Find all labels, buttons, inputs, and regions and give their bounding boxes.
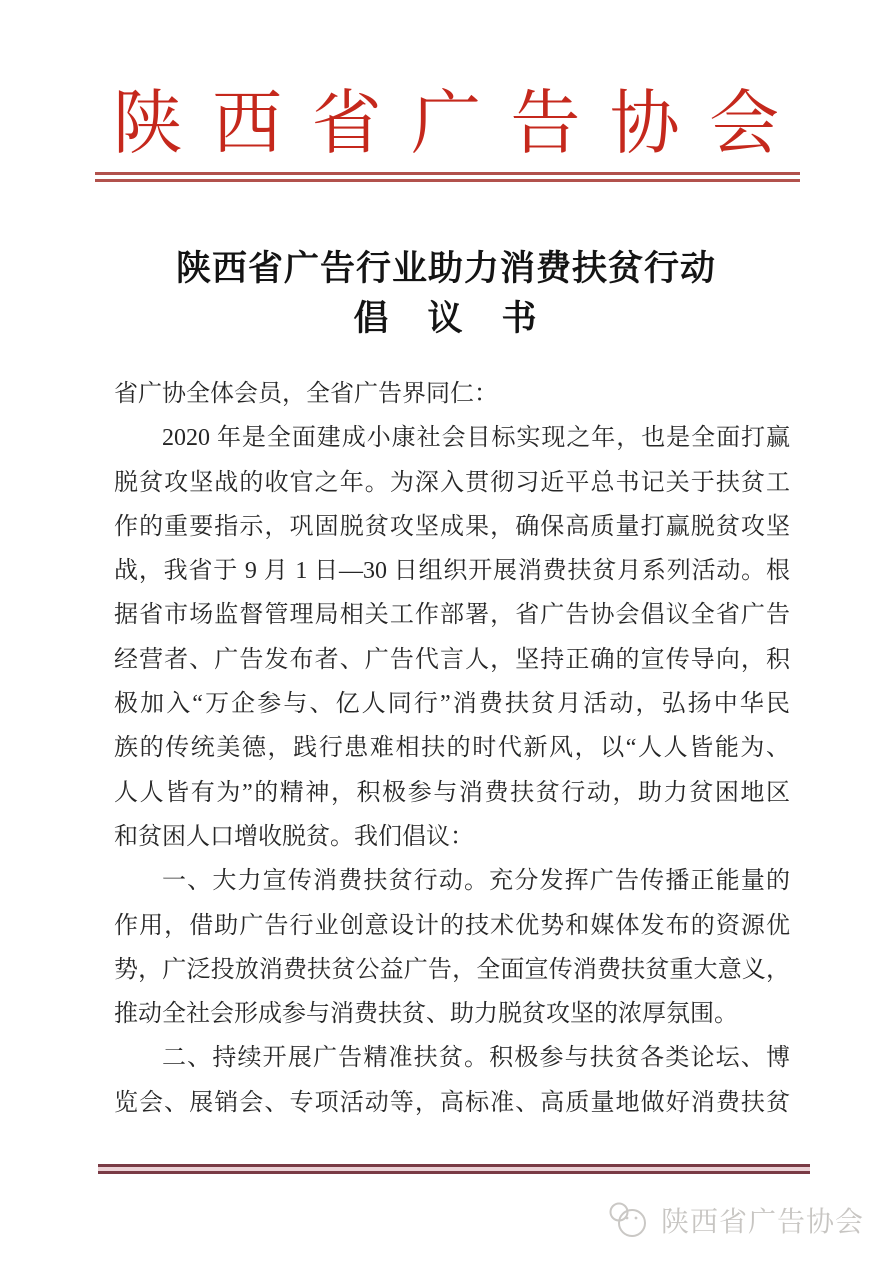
body-line: 族的传统美德，践行患难相扶的时代新风，以“人人皆能为、: [114, 726, 790, 770]
letter-body: 省广协全体会员，全省广告界同仁： 2020 年是全面建成小康社会目标实现之年，也…: [114, 372, 790, 1125]
document-title: 陕西省广告行业助力消费扶贫行动 倡 议 书: [0, 244, 892, 344]
body-line: 极加入“万企参与、亿人同行”消费扶贫月活动，弘扬中华民: [114, 682, 790, 726]
title-line-2: 倡 议 书: [0, 294, 892, 344]
body-line: 势，广泛投放消费扶贫公益广告，全面宣传消费扶贫重大意义，: [114, 948, 790, 992]
body-line-item-two: 二、持续开展广告精准扶贫。积极参与扶贫各类论坛、博: [114, 1036, 790, 1080]
body-line: 2020 年是全面建成小康社会目标实现之年，也是全面打赢: [114, 416, 790, 460]
body-line: 作的重要指示，巩固脱贫攻坚成果，确保高质量打赢脱贫攻坚: [114, 505, 790, 549]
body-line: 览会、展销会、专项活动等，高标准、高质量地做好消费扶贫: [114, 1081, 790, 1125]
body-line: 推动全社会形成参与消费扶贫、助力脱贫攻坚的浓厚氛围。: [114, 992, 790, 1036]
body-line: 脱贫攻坚战的收官之年。为深入贯彻习近平总书记关于扶贫工: [114, 461, 790, 505]
body-line-salutation: 省广协全体会员，全省广告界同仁：: [114, 372, 790, 416]
body-line: 据省市场监督管理局相关工作部署，省广告协会倡议全省广告: [114, 593, 790, 637]
footer-watermark: 陕西省广告协会: [606, 1200, 864, 1240]
body-line: 经营者、广告发布者、广告代言人，坚持正确的宣传导向，积: [114, 638, 790, 682]
letterhead-double-rule: [95, 172, 800, 182]
body-line: 人人皆有为”的精神，积极参与消费扶贫行动，助力贫困地区: [114, 771, 790, 815]
letterhead-title: 陕西省广告协会: [0, 86, 892, 164]
association-logo-icon: [606, 1200, 652, 1240]
watermark-label: 陕西省广告协会: [661, 1200, 864, 1240]
body-line-item-one: 一、大力宣传消费扶贫行动。充分发挥广告传播正能量的: [114, 859, 790, 903]
title-line-1: 陕西省广告行业助力消费扶贫行动: [0, 244, 892, 294]
body-line: 作用，借助广告行业创意设计的技术优势和媒体发布的资源优: [114, 904, 790, 948]
body-line: 和贫困人口增收脱贫。我们倡议：: [114, 815, 790, 859]
document-page: 陕西省广告协会 陕西省广告行业助力消费扶贫行动 倡 议 书 省广协全体会员，全省…: [0, 0, 892, 1262]
body-line: 战，我省于 9 月 1 日—30 日组织开展消费扶贫月系列活动。根: [114, 549, 790, 593]
footer-double-rule: [98, 1164, 810, 1174]
